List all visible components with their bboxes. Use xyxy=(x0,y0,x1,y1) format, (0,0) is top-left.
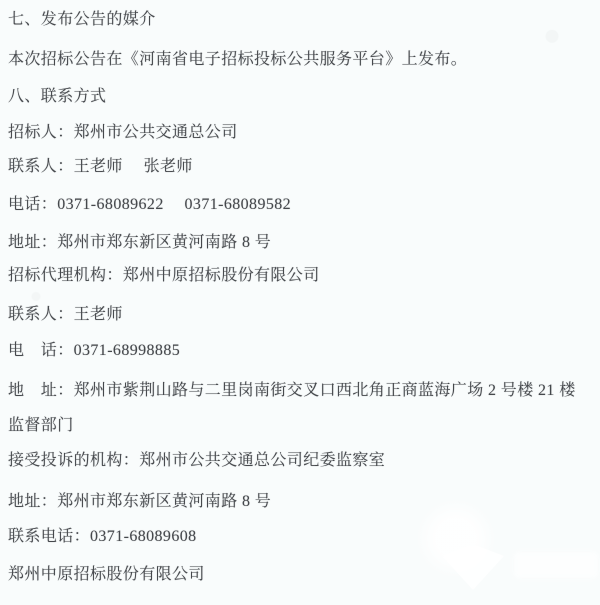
tenderer-address-line: 地址：郑州市郑东新区黄河南路 8 号 xyxy=(8,233,271,253)
tenderer-name-line: 招标人：郑州市公共交通总公司 xyxy=(8,123,238,143)
agency-signature-line: 郑州中原招标股份有限公司 xyxy=(8,565,205,585)
agency-phone-line: 电 话：0371-68998885 xyxy=(8,341,180,361)
complaint-org-line: 接受投诉的机构：郑州市公共交通总公司纪委监察室 xyxy=(8,451,385,471)
supervision-address-line: 地址：郑州市郑东新区黄河南路 8 号 xyxy=(8,492,271,512)
faint-logo-watermark-icon xyxy=(430,540,600,598)
supervision-phone-line: 联系电话：0371-68089608 xyxy=(8,527,197,547)
agency-contact-line: 联系人：王老师 xyxy=(8,305,123,325)
publication-media-line: 本次招标公告在《河南省电子招标投标公共服务平台》上发布。 xyxy=(8,50,467,70)
supervision-heading: 监督部门 xyxy=(8,416,74,436)
agency-address-line: 地 址：郑州市紫荆山路与二里岗南街交叉口西北角正商蓝海广场 2 号楼 21 楼 xyxy=(8,381,576,401)
watermark-text-blob xyxy=(514,552,598,578)
watermark-diamond-shape xyxy=(442,544,504,590)
tenderer-contacts-line: 联系人：王老师 张老师 xyxy=(8,157,193,177)
scanned-document-page: 七、发布公告的媒介 本次招标公告在《河南省电子招标投标公共服务平台》上发布。 八… xyxy=(0,0,600,605)
agency-name-line: 招标代理机构：郑州中原招标股份有限公司 xyxy=(8,266,320,286)
section-8-heading: 八、联系方式 xyxy=(8,87,106,107)
tenderer-phones-line: 电话：0371-68089622 0371-68089582 xyxy=(8,195,291,215)
section-7-heading: 七、发布公告的媒介 xyxy=(8,10,156,30)
